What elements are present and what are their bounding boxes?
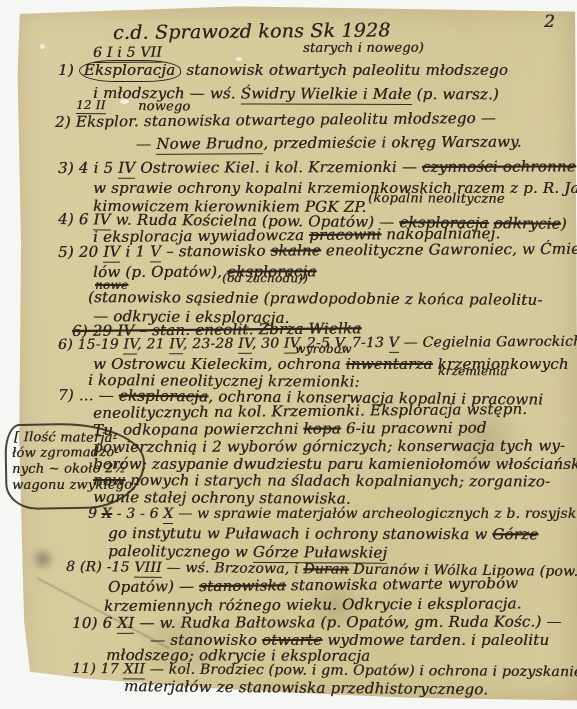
text-segment: nych ~ około 2½ [12,461,126,477]
text-segment: 6-iu pracowni pod [341,419,487,438]
manuscript-line: [ Ilość materja- [14,430,117,446]
text-segment: łów zgromadzo- [12,445,119,461]
manuscript-line: Tu, odkopana powierzchni kopa 6-iu praco… [93,419,487,439]
manuscript-line: wyrobów [295,342,352,356]
manuscript-line: 6 I i 5 VII [93,45,162,61]
text-segment: 1) [58,61,79,79]
manuscript-line: łów zgromadzo- [12,445,119,461]
struck-text: X [102,506,112,522]
text-segment: 6) 15-19 [58,337,124,353]
text-segment: 5) 20 [58,243,103,261]
text-segment: [ Ilość materja- [14,430,117,446]
text-segment: starych i nowego) [303,41,424,56]
text-segment: 4) 6 [58,210,94,228]
circled-text: Eksploracja [79,60,181,82]
text-segment: 10) 6 [72,614,117,632]
text-segment: — Cegielnia Gawrockich [399,334,577,351]
manuscript-line: go instytutu w Puławach i ochrony stanow… [108,524,538,543]
text-segment: i 1 [120,242,150,260]
manuscript-line: nych ~ około 2½ [12,461,126,477]
underlined-text: V [150,242,161,262]
text-segment: (od zachodu)) [222,271,308,285]
text-segment: — w. Rudka Bałtowska (p. Opatów, gm. Rud… [134,612,561,631]
text-segment: powierzchnią i 2 wyborów górniczych; kon… [93,437,565,456]
text-segment: 9 [88,506,102,522]
underlined-text: IV [123,337,137,355]
scanned-document: { "page": { "page_number": "2", "paper_c… [0,0,577,709]
text-segment: materjałów ze stanowiska przedhistoryczn… [124,677,488,698]
text-segment: 7) ... — [58,386,119,405]
underlined-text: IV [118,159,135,179]
text-segment: eneolityczne Gawroniec, w Ćmie- [321,240,577,260]
text-segment: 3) 4 i 5 [58,159,118,177]
text-segment: (kopalni neolityczne [368,191,505,207]
text-segment: Ostrowiec Kiel. i kol. Krzemionki — [135,158,422,177]
text-segment: stanowiska otwarte wyrobów [286,574,519,594]
text-segment: Opatów) — [108,577,199,596]
struck-text: Górze [492,525,538,543]
text-segment: , 23-28 [183,336,238,352]
text-segment: , 30 [252,336,284,352]
manuscript-line: krzemienia [438,364,508,378]
manuscript-line: starych i nowego) [303,41,424,56]
manuscript-line: — Nowe Brudno, przedmieście i okręg Wars… [136,133,522,153]
manuscript-line: 1) Eksploracja stanowisk otwartych paleo… [58,61,508,79]
manuscript-line: (stanowisko sąsiednie (prawdopodobnie z … [88,288,543,309]
underlined-text: IV [103,243,120,263]
underlined-text: Świdry Wielkie i Małe [241,84,412,105]
text-segment: wagonu zwykłego; [12,478,137,493]
manuscript-line: powierzchnią i 2 wyborów górniczych; kon… [93,437,565,456]
manuscript-line: materjałów ze stanowiska przedhistoryczn… [124,677,488,698]
manuscript-line: (kopalni neolityczne [368,191,505,207]
text-segment: 8 (R) -15 [66,559,134,576]
text-segment: krzemienia [438,364,508,378]
underlined-text: IV [238,336,252,354]
text-segment: , przedmieście i okręg Warszawy. [263,133,522,153]
manuscript-line: 12 II [76,98,106,112]
manuscript-line: 10) 6 XI — w. Rudka Bałtowska (p. Opatów… [72,612,562,632]
underlined-text: IV [169,336,183,354]
manuscript-line: 9 X - 3 - 6 X — w sprawie materjałów arc… [88,506,577,522]
text-segment: nowych i starych na śladach kopalnianych… [125,471,550,490]
underlined-text: VIII [134,560,162,578]
struck-text: inwentarza [346,355,433,373]
scan-background: 2 c.d. Sprawozd kons Sk 19286 I i 5 VIIs… [0,0,577,709]
text-segment: — w sprawie materjałów archeologicznych … [173,506,577,522]
struck-text: stanowiska [199,576,286,595]
text-segment: Tu, odkopana powierzchni [93,420,303,439]
paper-damage-speck [40,44,45,49]
underlined-text: V [389,335,399,353]
struck-text: kopa [303,419,341,437]
manuscript-line: 3) 4 i 5 IV Ostrowiec Kiel. i kol. Krzem… [58,157,576,177]
text-segment: - 3 - 6 [112,506,163,522]
manuscript-line: (od zachodu)) [222,271,308,285]
text-segment: (p. warsz.) [412,85,499,103]
manuscript-line: paleolitycznego w Górze Puławskiej [108,542,387,562]
manuscript-line: 5) 20 IV i 1 V – stanowisko skalne eneol… [58,240,577,261]
underlined-text: XI [117,614,134,634]
text-segment: 11) 17 [72,661,124,677]
text-segment: — wś. Brzozowa, i [162,560,304,577]
page-number: 2 [544,12,555,32]
manuscript-line: wagonu zwykłego; [12,478,137,493]
text-segment: (stanowisko sąsiednie (prawdopodobnie z … [88,288,543,309]
struck-text: czynności ochronne [422,157,576,175]
struck-text: odkrycie [494,214,561,233]
struck-text: skalne [270,241,320,259]
underlined-text: X [163,506,173,524]
text-segment: – stanowisko [161,242,271,261]
text-segment: stanowisk otwartych paleolitu młodszego [181,61,508,79]
text-segment: — [136,135,156,153]
text-segment: paleolitycznego w [108,542,253,561]
text-segment: go instytutu w Puławach i ochrony stanow… [108,524,492,543]
text-segment: ) [561,215,567,233]
text-segment: , 21 [137,336,169,352]
underlined-text: Nowe Brudno [156,134,263,155]
text-segment: wyrobów [295,342,352,356]
